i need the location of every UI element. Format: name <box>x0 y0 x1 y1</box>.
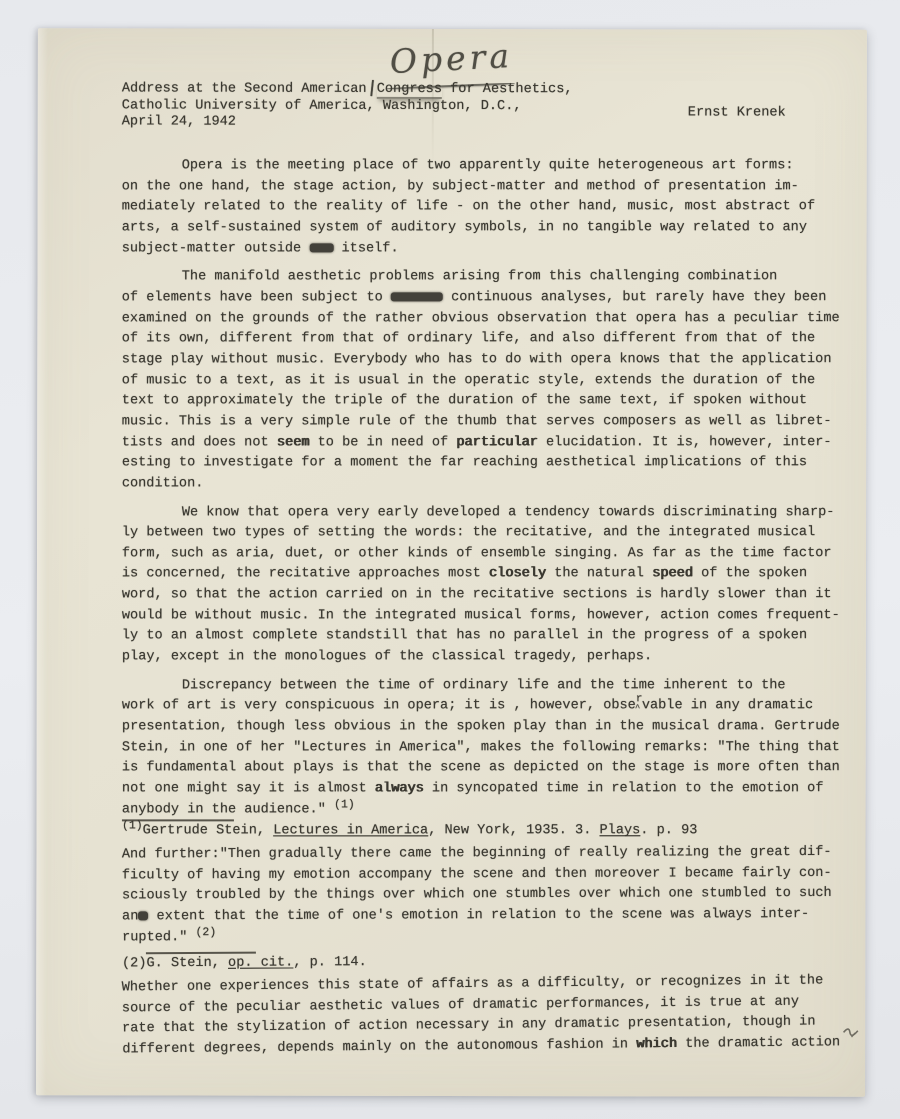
text-segment: tists and does not <box>122 435 277 450</box>
text-line: Address at the Second American|Congress … <box>122 81 573 98</box>
text-line: play, except in the monologues of the cl… <box>122 647 858 668</box>
text-segment: anybody in the audience." <box>122 802 334 817</box>
text-line: ly between two types of setting the word… <box>122 523 858 544</box>
text-line: of music to a text, as it is usual in th… <box>122 371 858 392</box>
paper-sheet: Opera Address at the Second American|Con… <box>36 28 867 1096</box>
text-line: ly to an almost complete standstill that… <box>122 627 858 648</box>
text-line: Opera is the meeting place of two appare… <box>122 156 858 177</box>
text-line: mediately related to the reality of life… <box>122 197 858 218</box>
text-segment: to be in need of <box>309 435 456 450</box>
underlined-text: Plays <box>600 824 641 839</box>
text-line: text to approximately the triple of the … <box>122 391 858 412</box>
paragraph: The manifold aesthetic problems arising … <box>122 267 858 494</box>
text-line: condition. <box>122 474 858 495</box>
text-segment: an <box>122 909 138 924</box>
text-line: We know that opera very early developed … <box>122 503 858 524</box>
overtyped-word: closely <box>489 567 546 582</box>
text-line: examined on the grounds of the rather ob… <box>122 309 858 330</box>
text-line: esting to investigate for a moment the f… <box>122 453 858 474</box>
text-line: is fundamental about plays is that the s… <box>122 759 858 780</box>
text-line: arts, a self-sustained system of auditor… <box>122 218 858 239</box>
text-line: of elements have been subject to continu… <box>122 288 858 309</box>
text-line: stage play without music. Everybody who … <box>122 350 858 371</box>
footnote: (1)Gertrude Stein, Lectures in America, … <box>122 822 858 843</box>
paragraph: Opera is the meeting place of two appare… <box>122 156 858 260</box>
text-segment: the natural <box>546 567 652 582</box>
text-segment: in syncopated time in relation to the em… <box>424 781 824 796</box>
text-line: sciously troubled by the things over whi… <box>122 884 858 907</box>
pencil-underlined-word: Congress <box>377 82 442 99</box>
text-segment: is concerned, the recitative approaches … <box>122 567 489 582</box>
inked-out-word <box>309 243 333 252</box>
text-line: on the one hand, the stage action, by su… <box>122 177 858 198</box>
inked-out-word <box>138 911 148 920</box>
overtyped-word: seem <box>277 435 310 450</box>
text-segment: itself. <box>333 241 398 256</box>
footnote-marker: (2) <box>195 923 216 944</box>
footnote-marker: (1) <box>334 795 355 816</box>
pen-stroke: | <box>366 79 376 100</box>
text-line: rupted." (2) <box>122 925 858 948</box>
overtyped-word: which <box>636 1037 677 1052</box>
text-line: April 24, 1942 <box>122 115 573 132</box>
text-segment: of elements have been subject to <box>122 290 391 305</box>
underlined-text: op. cit. <box>228 956 293 971</box>
text-segment: (2) <box>122 957 147 972</box>
overtyped-word: particular <box>456 435 538 450</box>
text-line: is concerned, the recitative approaches … <box>122 565 858 586</box>
text-segment: G. Stein, <box>146 956 228 971</box>
text-segment: , p. 114. <box>293 955 367 970</box>
text-segment: work of art is very conspicuous in opera… <box>122 699 636 714</box>
text-segment: different degrees, depends mainly on the… <box>122 1037 636 1057</box>
text-line: would be without music. In the integrate… <box>122 606 858 627</box>
text-line: presentation, though less obvious in the… <box>122 717 858 738</box>
paragraph: Whether one experiences this state of af… <box>122 971 859 1061</box>
text-line: music. This is a very simple rule of the… <box>122 412 858 433</box>
text-segment: , New York, 1935. 3. <box>428 824 599 839</box>
underlined-text: Lectures in America <box>273 824 428 839</box>
paper-edge-highlight <box>36 28 48 1095</box>
text-segment: . p. 93 <box>640 824 697 839</box>
text-line: anybody in the audience." (1) <box>122 800 858 821</box>
text-segment: the dramatic action <box>677 1035 840 1052</box>
text-line: subject-matter outside itself. <box>122 239 858 260</box>
text-segment: extent that the time of one's emotion in… <box>148 907 809 924</box>
text-line: Discrepancy between the time of ordinary… <box>122 676 858 697</box>
text-segment: rupted." <box>122 930 195 945</box>
text-line: tists and does not seem to be in need of… <box>122 433 858 454</box>
paragraph: Discrepancy between the time of ordinary… <box>122 676 858 821</box>
scan-background: { "document": { "handwritten_annotation"… <box>0 0 900 1119</box>
inked-out-word <box>391 292 443 301</box>
text-line: And further:"Then gradually there came t… <box>122 843 858 866</box>
text-segment: Address at the Second American <box>122 81 367 96</box>
text-segment: vable in any dramatic <box>642 699 813 714</box>
text-line: of its own, different from that of ordin… <box>122 329 858 350</box>
document-body: Opera is the meeting place of two appare… <box>122 156 858 1061</box>
text-line: ficulty of having my emotion accompany t… <box>122 864 858 887</box>
text-segment: Gertrude Stein, <box>143 824 274 839</box>
text-line: Catholic University of America, Washingt… <box>122 98 573 115</box>
text-line: Stein, in one of her "Lectures in Americ… <box>122 738 858 759</box>
document-header: Address at the Second American|Congress … <box>122 81 573 132</box>
text-line: work of art is very conspicuous in opera… <box>122 697 858 718</box>
text-line: The manifold aesthetic problems arising … <box>122 267 858 288</box>
text-segment: continuous analyses, but rarely have the… <box>443 290 826 305</box>
text-segment: subject-matter outside <box>122 241 310 256</box>
text-segment: for Aesthetics, <box>442 82 573 97</box>
paragraph: We know that opera very early developed … <box>122 503 858 669</box>
text-line: form, such as aria, duet, or other kinds… <box>122 544 858 565</box>
text-segment: of the spoken <box>693 567 807 582</box>
footnote-marker: (1) <box>122 817 143 838</box>
text-line: an extent that the time of one's emotion… <box>122 905 858 928</box>
text-line: not one might say it is almost always in… <box>122 779 858 800</box>
handwritten-opera-annotation: Opera <box>389 36 514 81</box>
overtyped-word: always <box>375 781 424 796</box>
inserted-character: r <box>636 690 642 711</box>
text-line: (1)Gertrude Stein, Lectures in America, … <box>122 822 858 843</box>
overtyped-word: speed <box>652 567 693 582</box>
text-segment: elucidation. It is, however, inter- <box>538 435 832 450</box>
text-line: word, so that the action carried on in t… <box>122 585 858 606</box>
author-name: Ernst Krenek <box>688 105 786 120</box>
paragraph: And further:"Then gradually there came t… <box>122 843 858 949</box>
